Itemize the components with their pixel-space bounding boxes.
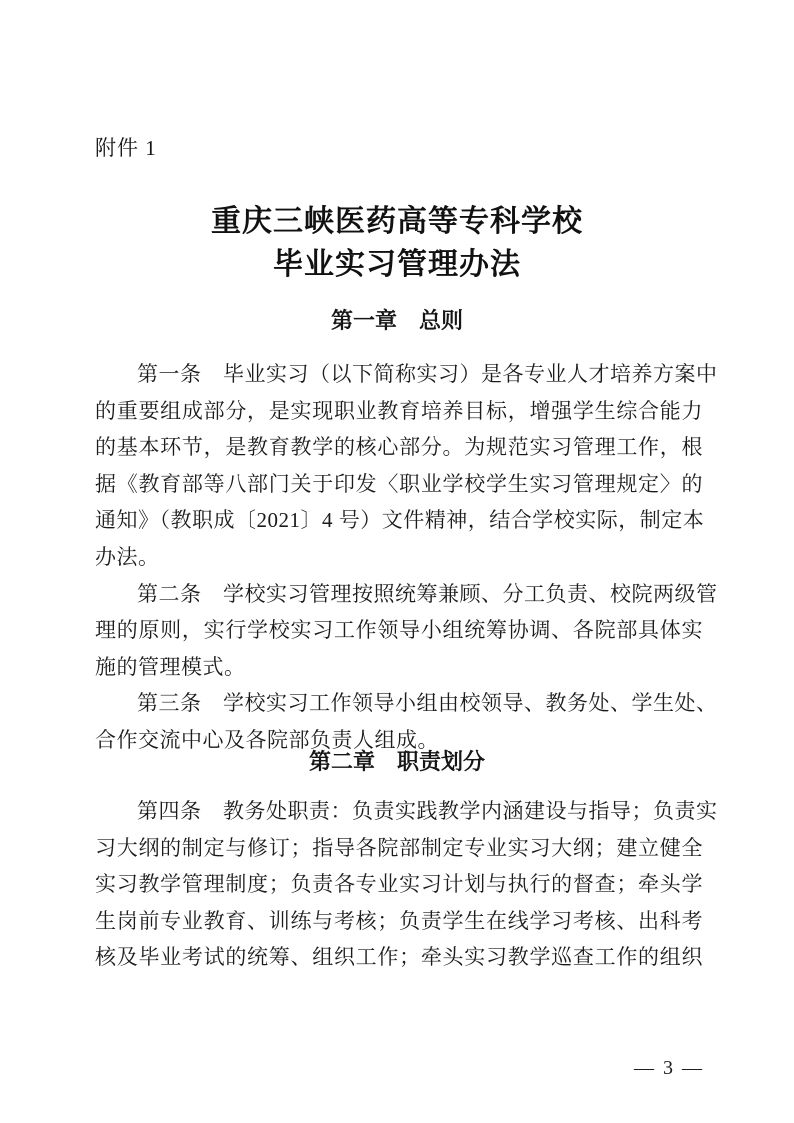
- body-line: 核及毕业考试的统筹、组织工作；牵头实习教学巡查工作的组织: [95, 939, 703, 976]
- body-line: 第二条 学校实习管理按照统筹兼顾、分工负责、校院两级管: [95, 576, 703, 613]
- body-line: 生岗前专业教育、训练与考核；负责学生在线学习考核、出科考: [95, 903, 703, 940]
- body-line: 第四条 教务处职责：负责实践教学内涵建设与指导；负责实: [95, 793, 703, 830]
- document-title: 重庆三峡医药高等专科学校 毕业实习管理办法: [0, 200, 794, 286]
- body-line: 理的原则，实行学校实习工作领导小组统筹协调、各院部具体实: [95, 612, 703, 649]
- body-line: 实习教学管理制度；负责各专业实习计划与执行的督查；牵头学: [95, 866, 703, 903]
- body-line: 据《教育部等八部门关于印发〈职业学校学生实习管理规定〉的: [95, 466, 703, 503]
- body-line: 第一条 毕业实习（以下简称实习）是各专业人才培养方案中: [95, 356, 703, 393]
- body-line: 施的管理模式。: [95, 649, 703, 686]
- document-title-line-1: 重庆三峡医药高等专科学校: [0, 200, 794, 243]
- document-page: 附件 1 重庆三峡医药高等专科学校 毕业实习管理办法 第一章 总则 第一条 毕业…: [0, 0, 794, 1123]
- body-line: 习大纲的制定与修订；指导各院部制定专业实习大纲；建立健全: [95, 830, 703, 867]
- body-line: 通知》（教职成〔2021〕4 号）文件精神，结合学校实际，制定本: [95, 502, 703, 539]
- chapter-2-body: 第四条 教务处职责：负责实践教学内涵建设与指导；负责实 习大纲的制定与修订；指导…: [95, 793, 703, 976]
- page-number: — 3 —: [634, 1054, 704, 1082]
- body-line: 办法。: [95, 539, 703, 576]
- document-title-line-2: 毕业实习管理办法: [0, 243, 794, 286]
- chapter-1-heading: 第一章 总则: [0, 306, 794, 336]
- body-line: 的基本环节，是教育教学的核心部分。为规范实习管理工作，根: [95, 429, 703, 466]
- chapter-1-body: 第一条 毕业实习（以下简称实习）是各专业人才培养方案中 的重要组成部分，是实现职…: [95, 356, 703, 759]
- attachment-label: 附件 1: [95, 134, 157, 162]
- body-line: 的重要组成部分，是实现职业教育培养目标，增强学生综合能力: [95, 393, 703, 430]
- body-line: 第三条 学校实习工作领导小组由校领导、教务处、学生处、: [95, 685, 703, 722]
- chapter-2-heading: 第二章 职责划分: [0, 747, 794, 777]
